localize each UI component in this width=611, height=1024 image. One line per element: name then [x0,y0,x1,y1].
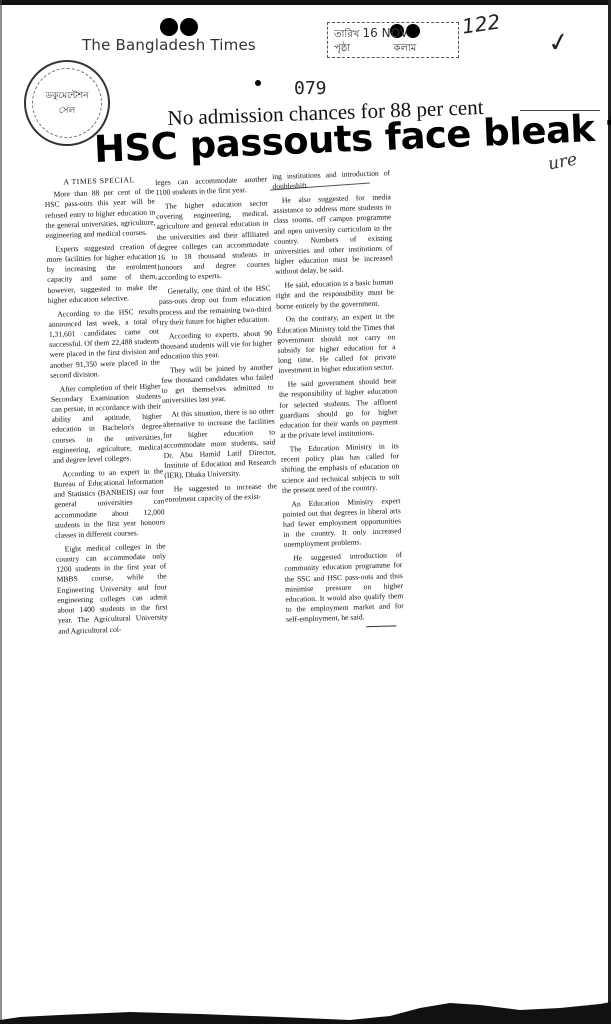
paragraph: The Education Ministry in its recent pol… [281,441,401,496]
handwritten-number: 122 [461,9,502,38]
article-column-2: leges can accommodate another 1100 stude… [155,174,277,509]
page-column-row: পৃষ্ঠা কলাম [334,41,452,56]
article-byline: A TIMES SPECIAL [44,175,154,189]
paragraph: Experts suggested creation of more facil… [46,241,158,306]
stamp-inner-ring [32,68,102,138]
article-end-rule [366,626,396,628]
scan-left-edge [0,0,2,1024]
paragraph: More than 88 per cent of the HSC pass-ou… [44,187,156,241]
article-column-3: ing institutions and introduction of dou… [272,168,404,630]
page-label: পৃষ্ঠা [334,43,350,54]
paragraph: He also suggested for media assistance t… [273,192,394,277]
paragraph: According to the HSC results announced l… [48,306,160,381]
paragraph: ing institutions and introduction of dou… [272,168,391,192]
paragraph: He suggested introduction of community e… [284,550,404,625]
paragraph: He said government should bear the respo… [279,376,399,441]
paragraph: He suggested to increase the enrolment c… [165,482,278,506]
paragraph: leges can accommodate another 1100 stude… [155,174,268,198]
date-label: তারিখ [334,29,359,40]
paragraph: He said, education is a basic human righ… [275,277,394,311]
paragraph: After completion of their Higher Seconda… [50,381,163,466]
punch-holes-left [160,18,198,36]
column-label: কলাম [393,43,416,54]
date-box: তারিখ 16 NOV পৃষ্ঠা কলাম [327,22,459,58]
paragraph: Generally, one third of the HSC pass-out… [158,284,271,328]
scan-top-border [0,0,611,5]
paragraph: Eight medical colleges in the country ca… [56,541,169,636]
page-number: 079 [294,78,327,99]
paragraph: An Education Ministry expert pointed out… [282,496,402,551]
punch-hole-icon [180,18,198,36]
handwritten-note: ure [546,150,578,175]
paragraph: According to an expert in the Bureau of … [53,466,165,541]
paragraph: They will be joined by another few thous… [161,362,274,406]
ink-dot [255,80,261,86]
paragraph: According to experts, about 90 thousand … [160,328,273,362]
paragraph: At this situation, there is no other alt… [162,407,276,482]
paragraph: On the contrary, an expert in the Educat… [277,312,397,377]
scan-bottom-edge [0,990,611,1024]
handwritten-check-icon: ✓ [546,26,573,59]
publication-name: The Bangladesh Times [82,36,256,54]
date-row: তারিখ 16 NOV [334,26,452,41]
article-column-1: A TIMES SPECIAL More than 88 per cent of… [44,175,168,641]
punch-hole-icon [160,18,178,36]
paragraph: The higher education sector covering eng… [156,198,271,283]
date-value: 16 NOV [363,26,409,40]
